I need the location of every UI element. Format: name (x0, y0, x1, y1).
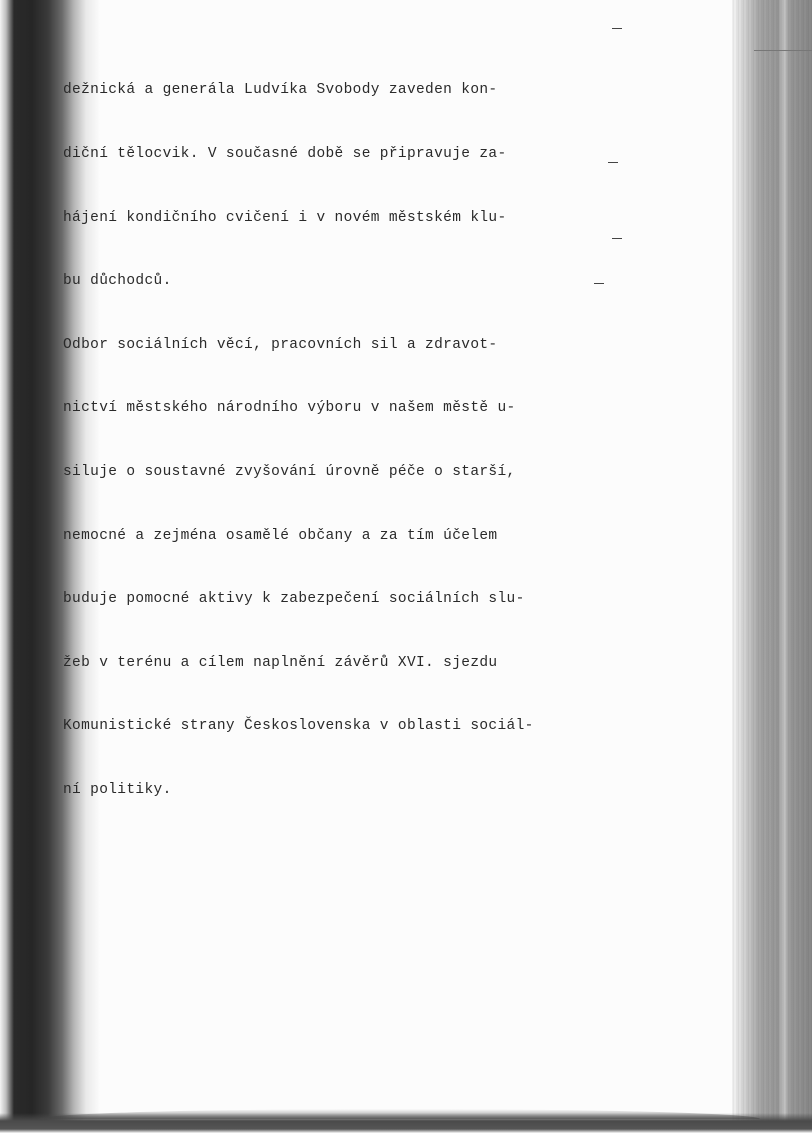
text-line: nemocné a zejména osamělé občany a za tí… (63, 526, 623, 547)
text-line: nictví městského národního výboru v naše… (63, 398, 623, 419)
page-stack-edge (732, 0, 812, 1133)
margin-mark (594, 283, 604, 284)
text-line: žeb v terénu a cílem naplnění závěrů XVI… (63, 653, 623, 674)
text-line: Komunistické strany Československa v obl… (63, 716, 623, 737)
text-line: dežnická a generála Ludvíka Svobody zave… (63, 80, 623, 101)
margin-mark (612, 28, 622, 29)
text-line: diční tělocvik. V současné době se připr… (63, 144, 623, 165)
scanned-page: dežnická a generála Ludvíka Svobody zave… (0, 0, 812, 1133)
text-line: buduje pomocné aktivy k zabezpečení soci… (63, 589, 623, 610)
margin-mark (612, 238, 622, 239)
text-line: ní politiky. (63, 780, 623, 801)
text-line: bu důchodců. (63, 271, 623, 292)
text-line: siluje o soustavné zvyšování úrovně péče… (63, 462, 623, 483)
margin-mark (608, 162, 618, 163)
text-line: Odbor sociálních věcí, pracovních sil a … (63, 335, 623, 356)
typewritten-text: dežnická a generála Ludvíka Svobody zave… (63, 38, 623, 844)
page-bottom-shadow (0, 1113, 812, 1133)
text-line: hájení kondičního cvičení i v novém měst… (63, 208, 623, 229)
page-stack-line (754, 50, 812, 51)
